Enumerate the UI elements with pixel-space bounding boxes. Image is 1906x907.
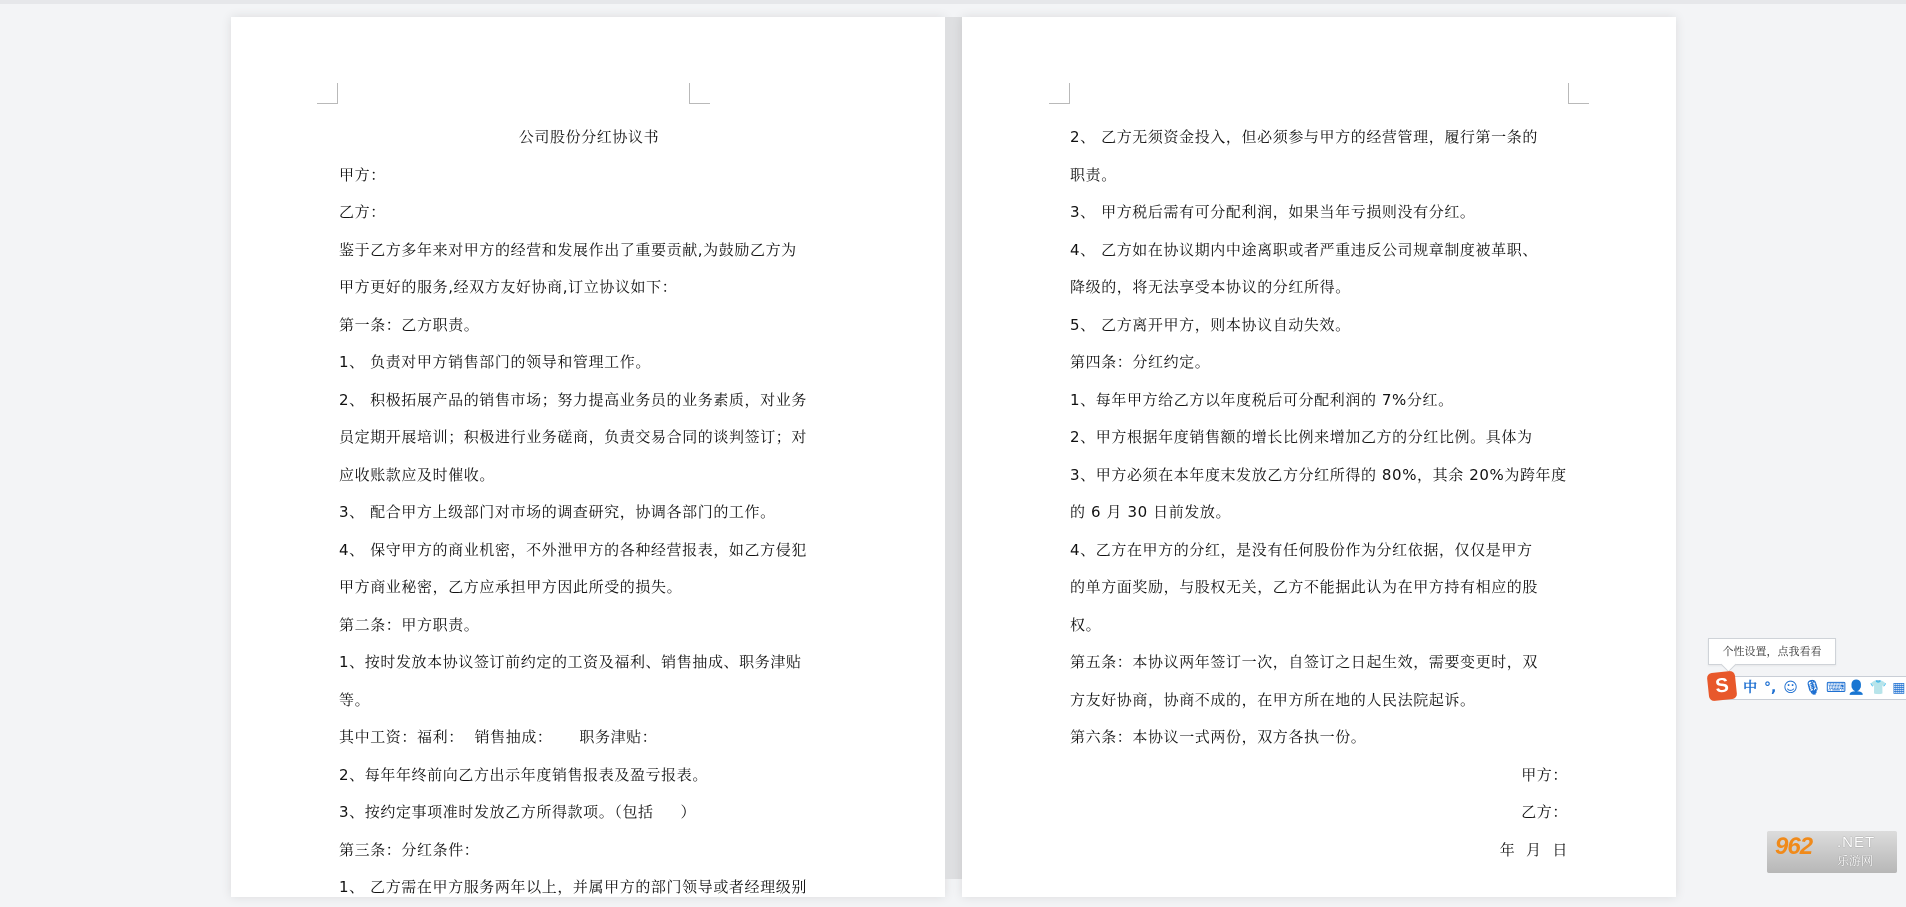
ime-toolbar[interactable]: 中 °, ☺ 🎙 ⌨ 👤 👕 ▦ <box>1712 676 1906 700</box>
paragraph-line: 3、 配合甲方上级部门对市场的调查研究，协调各部门的工作。 <box>339 494 839 532</box>
section-heading: 第五条：本协议两年签订一次，自签订之日起生效，需要变更时，双 <box>1070 644 1570 682</box>
paragraph-line: 2、 乙方无须资金投入，但必须参与甲方的经营管理，履行第一条的 <box>1070 119 1570 157</box>
chinese-mode-icon[interactable]: 中 <box>1743 677 1757 699</box>
sogou-ime-logo-icon[interactable]: S <box>1707 671 1738 702</box>
section-heading: 第二条：甲方职责。 <box>339 607 839 645</box>
toolbar-edge <box>0 0 1906 4</box>
ime-tooltip: 个性设置，点我看看 <box>1708 638 1836 665</box>
paragraph-line: 2、甲方根据年度销售额的增长比例来增加乙方的分红比例。具体为 <box>1070 419 1570 457</box>
paragraph-line: 1、 负责对甲方销售部门的领导和管理工作。 <box>339 344 839 382</box>
signature-party-a: 甲方： <box>1070 757 1570 795</box>
paragraph-line: 等。 <box>339 682 839 720</box>
watermark-number: 962 <box>1775 833 1812 861</box>
paragraph-line: 3、甲方必须在本年度末发放乙方分红所得的 80%，其余 20%为跨年度 <box>1070 457 1570 495</box>
section-heading: 第六条：本协议一式两份，双方各执一份。 <box>1070 719 1570 757</box>
paragraph-line: 的单方面奖励，与股权无关，乙方不能据此认为在甲方持有相应的股 <box>1070 569 1570 607</box>
margin-corner-mark-top-left <box>1049 83 1070 104</box>
page-separator <box>945 17 962 879</box>
watermark-name: 乐游网 <box>1837 852 1873 869</box>
keyboard-icon[interactable]: ⌨ <box>1826 677 1842 699</box>
skin-shirt-icon[interactable]: 👕 <box>1870 677 1886 699</box>
paragraph-line: 降级的，将无法享受本协议的分红所得。 <box>1070 269 1570 307</box>
section-heading: 第三条：分红条件： <box>339 832 839 870</box>
paragraph-line: 4、 保守甲方的商业机密，不外泄甲方的各种经营报表，如乙方侵犯 <box>339 532 839 570</box>
paragraph-line: 乙方： <box>339 194 839 232</box>
paragraph-line: 4、 乙方如在协议期内中途离职或者严重违反公司规章制度被革职、 <box>1070 232 1570 270</box>
document-viewer: 公司股份分红协议书 甲方： 乙方： 鉴于乙方多年来对甲方的经营和发展作出了重要贡… <box>0 0 1906 879</box>
paragraph-line: 员定期开展培训；积极进行业务磋商，负责交易合同的谈判签订；对 <box>339 419 839 457</box>
paragraph-line: 职责。 <box>1070 157 1570 195</box>
microphone-icon[interactable]: 🎙 <box>1804 677 1820 699</box>
paragraph-line: 鉴于乙方多年来对甲方的经营和发展作出了重要贡献,为鼓励乙方为 <box>339 232 839 270</box>
document-page-1[interactable]: 公司股份分红协议书 甲方： 乙方： 鉴于乙方多年来对甲方的经营和发展作出了重要贡… <box>231 17 945 879</box>
paragraph-line: 1、每年甲方给乙方以年度税后可分配利润的 7%分红。 <box>1070 382 1570 420</box>
paragraph-line: 2、每年年终前向乙方出示年度销售报表及盈亏报表。 <box>339 757 839 795</box>
signature-party-b: 乙方： <box>1070 794 1570 832</box>
paragraph-line: 甲方商业秘密，乙方应承担甲方因此所受的损失。 <box>339 569 839 607</box>
paragraph-line: 1、按时发放本协议签订前约定的工资及福利、销售抽成、职务津贴 <box>339 644 839 682</box>
page-2-text: 2、 乙方无须资金投入，但必须参与甲方的经营管理，履行第一条的 职责。 3、 甲… <box>1070 119 1570 869</box>
toolbox-grid-icon[interactable]: ▦ <box>1892 677 1906 699</box>
document-title: 公司股份分红协议书 <box>339 119 839 157</box>
section-heading: 第一条：乙方职责。 <box>339 307 839 345</box>
paragraph-line: 其中工资：福利： 销售抽成： 职务津贴： <box>339 719 839 757</box>
punctuation-icon[interactable]: °, <box>1763 677 1777 699</box>
paragraph-line: 甲方更好的服务,经双方友好协商,订立协议如下： <box>339 269 839 307</box>
paragraph-line: 的 6 月 30 日前发放。 <box>1070 494 1570 532</box>
paragraph-line: 甲方： <box>339 157 839 195</box>
paragraph-line: 应收账款应及时催收。 <box>339 457 839 495</box>
section-heading: 第四条：分红约定。 <box>1070 344 1570 382</box>
margin-corner-mark-top-right <box>1568 83 1589 104</box>
watermark-domain: .NET <box>1837 834 1875 851</box>
paragraph-line: 1、 乙方需在甲方服务两年以上，并属甲方的部门领导或者经理级别 <box>339 869 839 879</box>
document-page-2[interactable]: 2、 乙方无须资金投入，但必须参与甲方的经营管理，履行第一条的 职责。 3、 甲… <box>962 17 1676 879</box>
paragraph-line: 权。 <box>1070 607 1570 645</box>
margin-corner-mark-top-left <box>317 83 338 104</box>
paragraph-line: 3、按约定事项准时发放乙方所得款项。（包括 ） <box>339 794 839 832</box>
paragraph-line: 3、 甲方税后需有可分配利润，如果当年亏损则没有分红。 <box>1070 194 1570 232</box>
page-1-text: 公司股份分红协议书 甲方： 乙方： 鉴于乙方多年来对甲方的经营和发展作出了重要贡… <box>339 119 839 879</box>
emoji-icon[interactable]: ☺ <box>1783 677 1798 699</box>
site-watermark: 962 .NET 乐游网 <box>1767 831 1897 873</box>
paragraph-line: 方友好协商，协商不成的，在甲方所在地的人民法院起诉。 <box>1070 682 1570 720</box>
signature-date: 年 月 日 <box>1070 832 1570 870</box>
paragraph-line: 2、 积极拓展产品的销售市场；努力提高业务员的业务素质，对业务 <box>339 382 839 420</box>
paragraph-line: 4、乙方在甲方的分红，是没有任何股份作为分红依据，仅仅是甲方 <box>1070 532 1570 570</box>
paragraph-line: 5、 乙方离开甲方，则本协议自动失效。 <box>1070 307 1570 345</box>
user-icon[interactable]: 👤 <box>1848 677 1864 699</box>
margin-corner-mark-top-right <box>689 83 710 104</box>
